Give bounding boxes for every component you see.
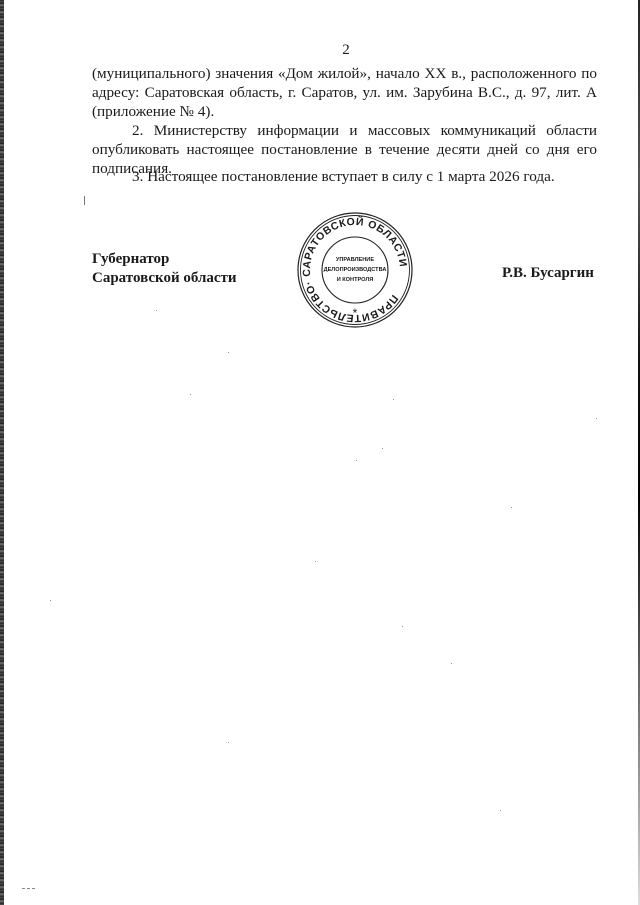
scan-speck: [511, 507, 512, 508]
scan-edge-left: [0, 0, 4, 905]
signature-title-line1: Губернатор: [92, 250, 237, 269]
paragraph-3: 3. Настоящее постановление вступает в си…: [92, 167, 597, 186]
stamp-seal-icon: ПРАВИТЕЛЬСТВО· САРАТОВСКОЙ ОБЛАСТИ * УПР…: [295, 210, 415, 330]
scan-speck: [393, 399, 394, 400]
stamp-star: *: [353, 306, 358, 320]
scan-speck: [156, 310, 157, 311]
signature-title-line2: Саратовской области: [92, 269, 237, 288]
signature-title: Губернатор Саратовской области: [92, 250, 237, 288]
scan-speck: [190, 394, 191, 395]
paragraph-1-continuation: (муниципального) значения «Дом жилой», н…: [92, 64, 597, 121]
scan-speck: [596, 418, 597, 419]
page-number: 2: [340, 42, 352, 59]
scan-speck: [382, 448, 383, 449]
scan-speck: [228, 742, 229, 743]
scan-speck: [402, 626, 403, 627]
official-stamp: ПРАВИТЕЛЬСТВО· САРАТОВСКОЙ ОБЛАСТИ * УПР…: [295, 210, 415, 330]
stamp-center-line3: И КОНТРОЛЯ: [337, 277, 374, 283]
scan-artifact-mark: [84, 196, 85, 205]
scan-speck: [500, 810, 501, 811]
signatory-name: Р.В. Бусаргин: [502, 264, 594, 283]
scan-speck: [315, 561, 316, 562]
scan-speck: [356, 460, 357, 461]
scan-speck: [228, 352, 229, 353]
stamp-center-line2: ДЕЛОПРОИЗВОДСТВА: [324, 267, 387, 273]
scan-speck: [451, 663, 452, 664]
scan-artifact-dash: [22, 888, 36, 889]
stamp-center-line1: УПРАВЛЕНИЕ: [336, 257, 374, 263]
scan-speck: [50, 600, 51, 601]
